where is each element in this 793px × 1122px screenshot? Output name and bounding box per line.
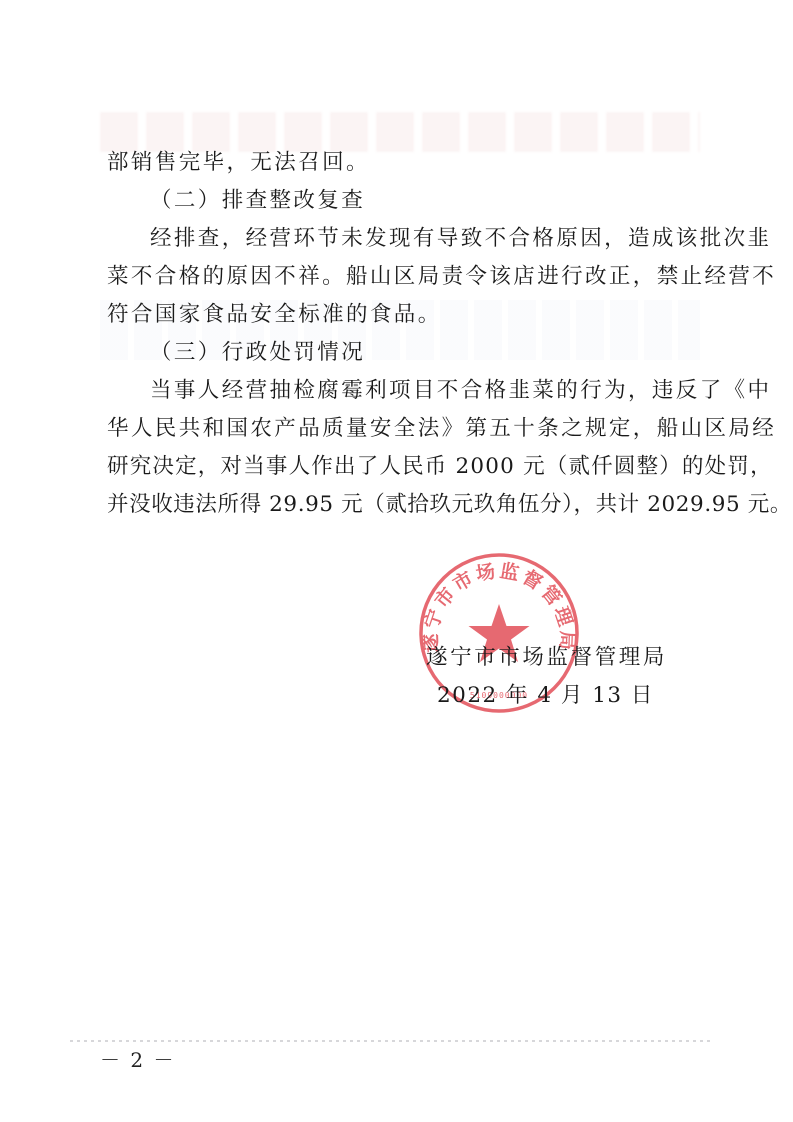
paragraph-line: 菜不合格的原因不祥。船山区局责令该店进行改正，禁止经营不 xyxy=(107,264,693,290)
issuer-signature: 遂宁市市场监督管理局 xyxy=(426,640,667,671)
scan-bleedthrough xyxy=(100,112,700,152)
paragraph-line: 符合国家食品安全标准的食品。 xyxy=(107,302,693,328)
issue-date: 2022 年 4 月 13 日 xyxy=(437,678,654,709)
section-heading-3: （三）行政处罚情况 xyxy=(150,340,736,366)
paragraph-line: 当事人经营抽检腐霉利项目不合格韭菜的行为，违反了《中 xyxy=(150,378,693,404)
paragraph-line: 经排查，经营环节未发现有导致不合格原因，造成该批次韭 xyxy=(150,226,693,252)
section-heading-2: （二）排查整改复查 xyxy=(150,188,736,214)
page-number: － 2 － xyxy=(100,1044,175,1073)
paragraph-line: 华人民共和国农产品质量安全法》第五十条之规定，船山区局经 xyxy=(107,416,693,442)
paragraph-line: 部销售完毕，无法召回。 xyxy=(107,150,693,176)
paragraph-line: 并没收违法所得 29.95 元（贰拾玖元玖角伍分），共计 2029.95 元。 xyxy=(107,492,693,518)
paragraph-line: 研究决定，对当事人作出了人民币 2000 元（贰仟圆整）的处罚， xyxy=(107,454,693,480)
scan-artifact-line xyxy=(70,1040,710,1042)
